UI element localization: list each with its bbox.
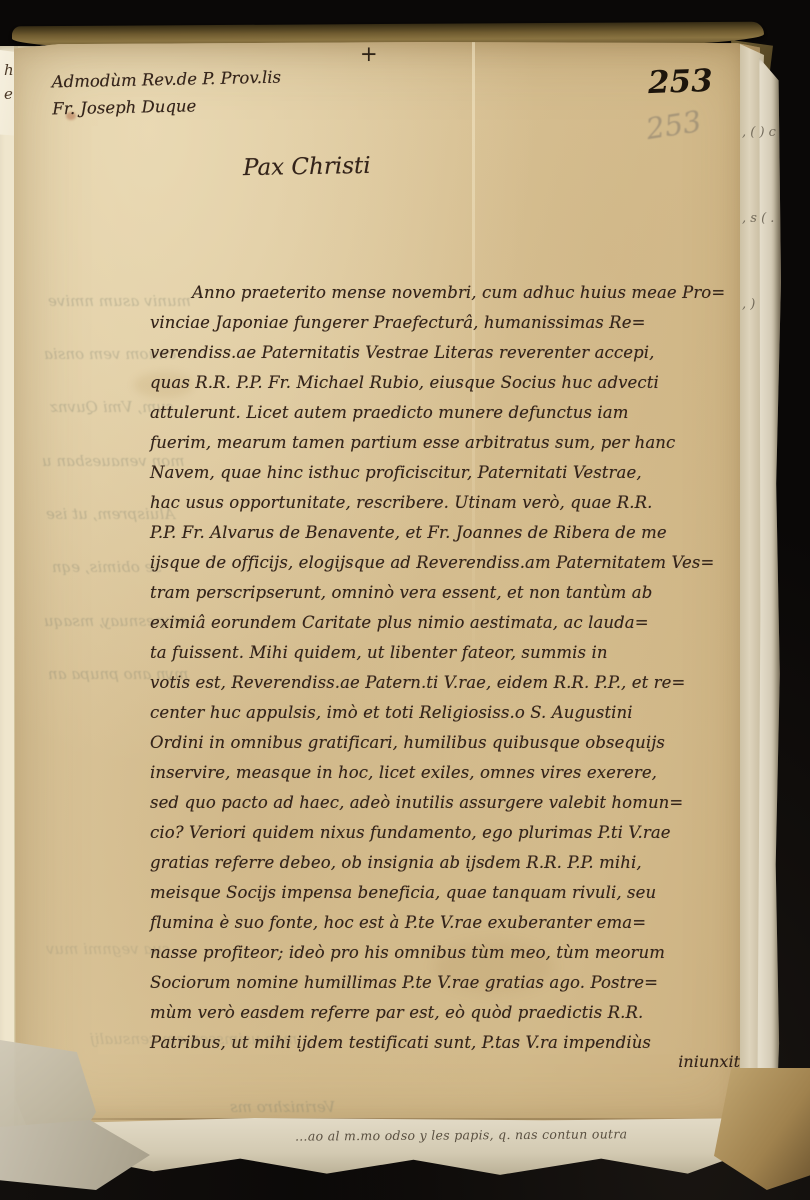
body-line: eximiâ eorundem Caritate plus nimio aest… (150, 608, 750, 638)
body-line: Anno praeterito mense novembri, cum adhu… (150, 278, 750, 308)
photo-stage: hu e R muniv asum nmive cnuom vem onsia … (0, 0, 810, 1200)
letter-body: Anno praeterito mense novembri, cum adhu… (150, 278, 750, 1058)
body-line: hac usus opportunitate, rescribere. Utin… (150, 488, 750, 518)
bleedthrough-line: Verinizhro ms (230, 1098, 335, 1116)
folio-number-ink: 253 (647, 63, 713, 101)
body-line: meisque Socijs impensa beneficia, quae t… (150, 878, 750, 908)
body-line: Navem, quae hinc isthuc proficiscitur, P… (150, 458, 750, 488)
body-line: verendiss.ae Paternitatis Vestrae Litera… (150, 338, 750, 368)
body-line: tram perscripserunt, omninò vera essent,… (150, 578, 750, 608)
body-line: fuerim, mearum tamen partium esse arbitr… (150, 428, 750, 458)
cross-mark: + (360, 42, 378, 66)
salutation: Pax Christi (243, 153, 371, 181)
body-line: gratias referre debeo, ob insignia ab ij… (150, 848, 750, 878)
body-line: votis est, Reverendiss.ae Patern.ti V.ra… (150, 668, 750, 698)
body-line: ijsque de officijs, elogijsque ad Revere… (150, 548, 750, 578)
body-line: nasse profiteor; ideò pro his omnibus tù… (150, 938, 750, 968)
body-line: mùm verò easdem referre par est, eò quòd… (150, 998, 750, 1028)
bleedthrough-line: se obimis, eqn (52, 558, 161, 576)
body-line: quas R.R. P.P. Fr. Michael Rubio, eiusqu… (150, 368, 750, 398)
body-line: vinciae Japoniae fungerer Praefecturâ, h… (150, 308, 750, 338)
body-line: attulerunt. Licet autem praedicto munere… (150, 398, 750, 428)
catchword: iniunxit (540, 1052, 740, 1071)
address-line-2: Fr. Joseph Duque (52, 91, 282, 123)
body-line: flumina è suo fonte, hoc est à P.te V.ra… (150, 908, 750, 938)
body-line: ta fuissent. Mihi quidem, ut libenter fa… (150, 638, 750, 668)
body-line: Sociorum nomine humillimas P.te V.rae gr… (150, 968, 750, 998)
body-line: inservire, measque in hoc, licet exiles,… (150, 758, 750, 788)
address-line-1: Admodùm Rev.de P. Prov.lis (51, 64, 281, 96)
bottom-text-fragment: …ao al m.mo odso y les papis, q. nas con… (295, 1125, 755, 1143)
body-line: center huc appulsis, imò et toti Religio… (150, 698, 750, 728)
address-block: Admodùm Rev.de P. Prov.lis Fr. Joseph Du… (51, 64, 281, 123)
body-line: sed quo pacto ad haec, adeò inutilis ass… (150, 788, 750, 818)
right-edge-ink-marks: , ( ) c , s ( . , ) (742, 90, 776, 1090)
body-line: Ordini in omnibus gratificari, humilibus… (150, 728, 750, 758)
body-line: cio? Veriori quidem nixus fundamento, eg… (150, 818, 750, 848)
body-line: P.P. Fr. Alvarus de Benavente, et Fr. Jo… (150, 518, 750, 548)
